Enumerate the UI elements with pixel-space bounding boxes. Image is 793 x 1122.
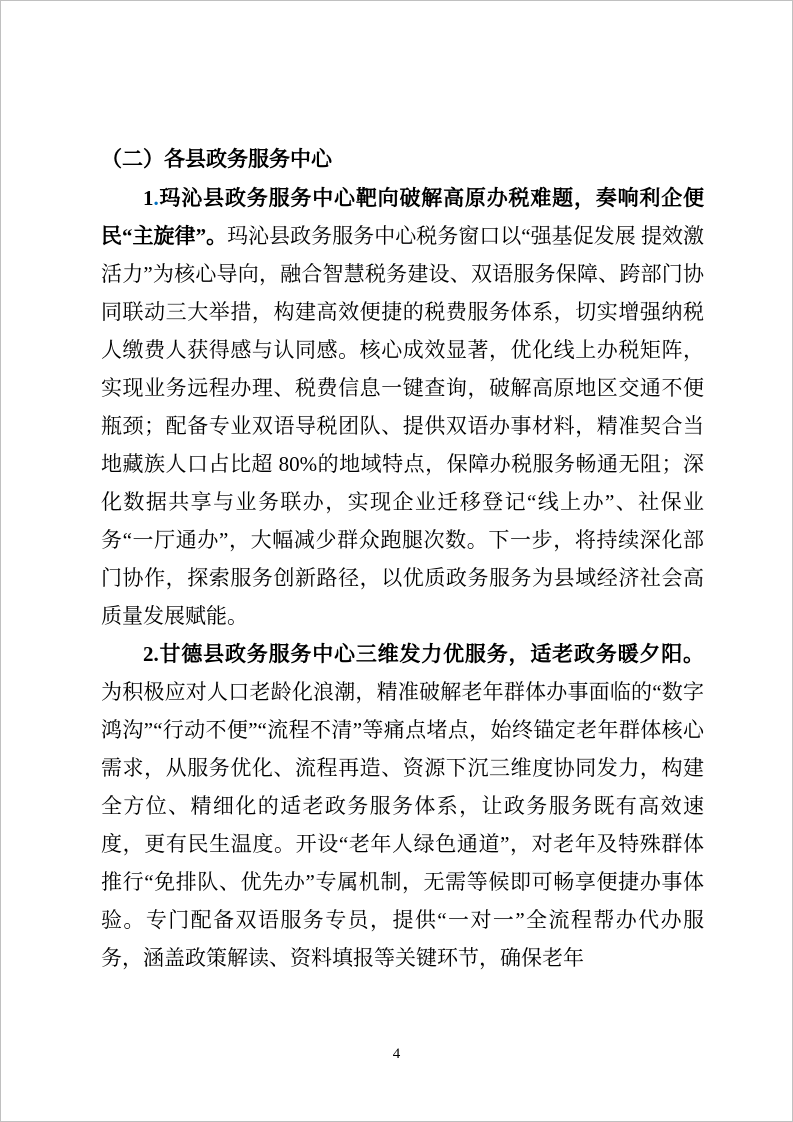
paragraph-2-body: 为积极应对人口老龄化浪潮，精准破解老年群体办事面临的“数字鸿沟”“行动不便”“流… xyxy=(101,680,704,970)
paragraph-1-number: 1 xyxy=(143,186,154,210)
paragraph-2-title: 甘德县政务服务中心三维发力优服务，适老政务暖夕阳。 xyxy=(159,642,704,666)
page-number: 4 xyxy=(1,1046,792,1063)
document-content: （二）各县政务服务中心 1.玛沁县政务服务中心靶向破解高原办税难题，奏响利企便民… xyxy=(1,1,792,977)
paragraph-2-lead: 2.甘德县政务服务中心三维发力优服务，适老政务暖夕阳。 xyxy=(143,642,704,666)
paragraph-2: 2.甘德县政务服务中心三维发力优服务，适老政务暖夕阳。为积极应对人口老龄化浪潮，… xyxy=(101,635,704,977)
paragraph-2-number: 2 xyxy=(143,642,154,666)
document-page: （二）各县政务服务中心 1.玛沁县政务服务中心靶向破解高原办税难题，奏响利企便民… xyxy=(0,0,793,1122)
section-heading: （二）各县政务服务中心 xyxy=(101,141,704,179)
paragraph-1: 1.玛沁县政务服务中心靶向破解高原办税难题，奏响利企便民“主旋律”。玛沁县政务服… xyxy=(101,179,704,635)
paragraph-1-body: 玛沁县政务服务中心税务窗口以“强基促发展 提效激活力”为核心导向，融合智慧税务建… xyxy=(101,224,704,628)
